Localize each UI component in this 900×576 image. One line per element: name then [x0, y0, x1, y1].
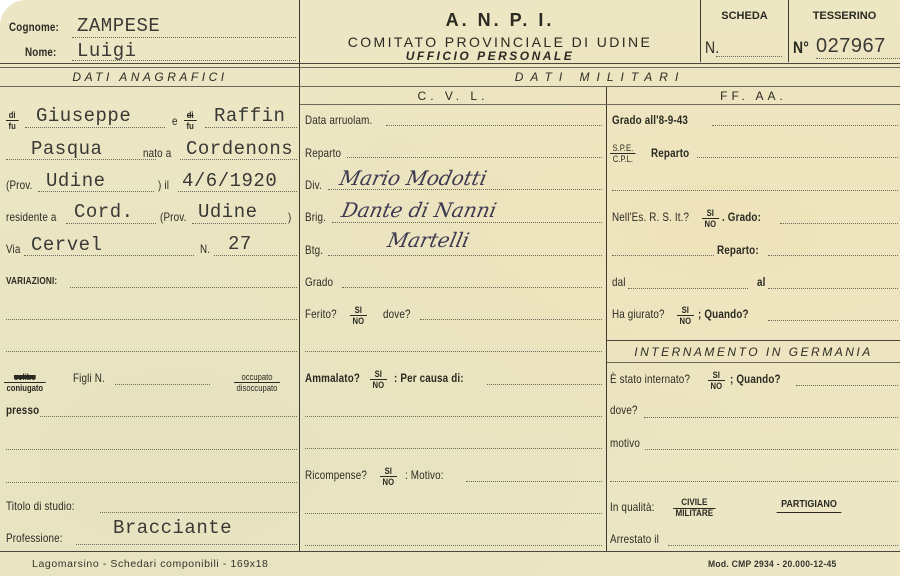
- awards-reason-field[interactable]: [466, 481, 602, 482]
- section-internamento: INTERNAMENTO IN GERMANIA: [607, 345, 900, 359]
- field-line: [178, 191, 297, 192]
- org-office: UFFICIO PERSONALE: [300, 49, 680, 63]
- to-field[interactable]: [768, 288, 898, 289]
- children-field[interactable]: [115, 384, 210, 385]
- ffaa-unit-field[interactable]: [612, 190, 898, 191]
- rule: [0, 551, 900, 552]
- field-line: [180, 159, 297, 160]
- wounded-where-field[interactable]: [305, 351, 602, 352]
- section-dati-anagrafici: DATI ANAGRAFICI: [0, 70, 300, 84]
- field-line: [328, 255, 602, 256]
- field-line: [24, 255, 194, 256]
- oath-when-field[interactable]: [768, 320, 898, 321]
- father-value: Giuseppe: [36, 105, 131, 127]
- section-cvl: C. V. L.: [300, 89, 606, 103]
- born-label: nato a: [143, 146, 171, 160]
- name-value: Luigi: [77, 40, 137, 62]
- children-label: Figli N.: [73, 371, 105, 385]
- wounded-where-label: dove?: [383, 307, 411, 321]
- variations-field[interactable]: [70, 287, 297, 288]
- employer-field[interactable]: [40, 416, 297, 417]
- rule: [607, 362, 900, 363]
- rsi-unit-field[interactable]: [768, 255, 898, 256]
- cvl-rank-field[interactable]: [342, 287, 602, 288]
- ffaa-rank-field[interactable]: [712, 125, 898, 126]
- field-line: [25, 127, 165, 128]
- oath-si-no[interactable]: SINO: [677, 305, 694, 326]
- field-line: [72, 37, 296, 38]
- rsi-unit-field[interactable]: [612, 255, 714, 256]
- date-label: ) il: [158, 178, 169, 192]
- arrested-field[interactable]: [668, 545, 898, 546]
- surname-value: ZAMPESE: [77, 15, 160, 37]
- tesserino-label: TESSERINO: [789, 10, 900, 22]
- field-line: [72, 60, 296, 61]
- employment-status: occupatodisoccupato: [234, 372, 280, 393]
- education-label: Titolo di studio:: [6, 499, 75, 513]
- cvl-unit-field[interactable]: [347, 157, 602, 158]
- tesserino-n-label: N°: [793, 38, 809, 58]
- mother-conj: e: [172, 114, 178, 128]
- enlist-field[interactable]: [386, 125, 602, 126]
- father-di-fu: difu: [6, 110, 18, 131]
- to-label: al: [757, 275, 766, 289]
- awards-si-no[interactable]: SINO: [380, 466, 397, 487]
- rule: [607, 340, 900, 341]
- arrested-label: Arrestato il: [610, 532, 659, 546]
- rsi-si-no[interactable]: SINO: [702, 208, 719, 229]
- division-label: Div.: [305, 178, 322, 192]
- born-value: Cordenons: [186, 138, 293, 160]
- scheda-label: SCHEDA: [701, 10, 788, 22]
- residence-value: Cord.: [74, 201, 134, 223]
- number-label: N.: [200, 242, 210, 256]
- spe-cpl[interactable]: S.P.E.C.P.L.: [610, 143, 636, 164]
- education-field[interactable]: [100, 512, 297, 513]
- rule: [300, 104, 900, 105]
- ffaa-rank-label: Grado all'8-9-43: [612, 113, 688, 127]
- cvl-unit-label: Reparto: [305, 146, 341, 160]
- scheda-field[interactable]: [716, 56, 782, 57]
- profession-label: Professione:: [6, 531, 63, 545]
- oath-when-label: ; Quando?: [698, 307, 749, 321]
- field-line: [6, 159, 156, 160]
- interned-when-label: ; Quando?: [730, 372, 781, 386]
- wounded-si-no[interactable]: SINO: [350, 305, 367, 326]
- field-line: [205, 127, 297, 128]
- res-prov-close: ): [288, 210, 291, 224]
- anpi-record-card: Cognome: ZAMPESE Nome: Luigi A. N. P. I.…: [0, 0, 900, 576]
- interned-label: È stato internato?: [610, 372, 690, 386]
- battalion-value: Martelli: [385, 228, 471, 252]
- field-line: [328, 189, 602, 190]
- wounded-where-field[interactable]: [420, 319, 602, 320]
- field-line: [332, 222, 602, 223]
- sick-cause-field[interactable]: [305, 448, 602, 449]
- sick-cause-field[interactable]: [305, 416, 602, 417]
- ffaa-unit-field[interactable]: [697, 157, 898, 158]
- res-prov-label: (Prov.: [160, 210, 187, 224]
- field-line: [816, 58, 900, 59]
- rsi-rank-label: . Grado:: [722, 210, 761, 224]
- sick-cause-field[interactable]: [487, 384, 602, 385]
- rsi-rank-field[interactable]: [780, 223, 898, 224]
- rsi-unit-label: Reparto:: [717, 243, 759, 257]
- battalion-label: Btg.: [305, 243, 323, 257]
- rule: [0, 63, 900, 64]
- partisan-option[interactable]: PARTIGIANO: [777, 499, 842, 513]
- field-line: [66, 223, 156, 224]
- interned-when-field[interactable]: [796, 385, 898, 386]
- tesserino-value: 027967: [816, 35, 886, 58]
- ffaa-unit-label: Reparto: [651, 146, 689, 160]
- interned-reason-label: motivo: [610, 436, 640, 450]
- divider-cvl-ffaa: [606, 86, 607, 552]
- org-title: A. N. P. I.: [300, 10, 700, 31]
- field-line: [38, 191, 154, 192]
- interned-reason-field[interactable]: [645, 449, 898, 450]
- number-value: 27: [228, 233, 252, 255]
- prov-value: Udine: [46, 170, 106, 192]
- variations-label: VARIAZIONI:: [6, 276, 57, 287]
- division-value: Mario Modotti: [337, 166, 489, 190]
- model-footer: Mod. CMP 2934 - 20.000-12-45: [708, 559, 837, 570]
- surname-label: Cognome:: [9, 20, 59, 34]
- cvl-rank-label: Grado: [305, 275, 333, 289]
- field-line: [192, 223, 286, 224]
- res-prov-value: Udine: [198, 201, 258, 223]
- from-label: dal: [612, 275, 626, 289]
- section-dati-militari: DATI MILITARI: [300, 70, 900, 84]
- street-value: Cervel: [31, 234, 102, 256]
- from-field[interactable]: [628, 288, 748, 289]
- date-value: 4/6/1920: [182, 170, 277, 192]
- interned-where-label: dove?: [610, 403, 638, 417]
- brigade-value: Dante di Nanni: [339, 198, 498, 222]
- employer-field[interactable]: [6, 482, 297, 483]
- printer-footer: Lagomarsino - Schedari componibili - 169…: [32, 558, 269, 570]
- employer-label: presso: [6, 403, 39, 417]
- variations-field[interactable]: [6, 351, 297, 352]
- mother-value: Raffin: [214, 105, 285, 127]
- interned-si-no[interactable]: SINO: [708, 370, 725, 391]
- awards-reason-label: : Motivo:: [405, 468, 444, 482]
- sick-label: Ammalato?: [305, 371, 360, 385]
- org-subtitle: COMITATO PROVINCIALE DI UDINE: [300, 34, 700, 50]
- capacity-label: In qualità:: [610, 500, 654, 514]
- awards-reason-field[interactable]: [305, 545, 602, 546]
- section-ffaa: FF. AA.: [607, 89, 900, 103]
- marital-status: celibeconiugato: [4, 372, 46, 393]
- employer-field[interactable]: [6, 449, 297, 450]
- field-line: [214, 255, 297, 256]
- awards-label: Ricompense?: [305, 468, 367, 482]
- sick-cause-label: : Per causa di:: [394, 371, 464, 385]
- field-line: [76, 544, 297, 545]
- variations-field[interactable]: [6, 319, 297, 320]
- civil-military[interactable]: CIVILEMILITARE: [673, 498, 716, 519]
- sick-si-no[interactable]: SINO: [370, 369, 387, 390]
- name-label: Nome:: [25, 45, 56, 59]
- scheda-n-label: N.: [705, 38, 719, 58]
- wounded-label: Ferito?: [305, 307, 337, 321]
- rule: [0, 86, 900, 87]
- brigade-label: Brig.: [305, 210, 326, 224]
- profession-value: Bracciante: [113, 517, 232, 539]
- prov-label: (Prov.: [6, 178, 33, 192]
- rsi-label: Nell'Es. R. S. It.?: [612, 210, 689, 224]
- street-label: Via: [6, 242, 21, 256]
- residence-label: residente a: [6, 210, 56, 224]
- awards-reason-field[interactable]: [305, 513, 602, 514]
- mother-value-2: Pasqua: [31, 138, 102, 160]
- rule: [0, 67, 900, 68]
- enlist-label: Data arruolam.: [305, 113, 372, 127]
- interned-reason-field[interactable]: [610, 481, 898, 482]
- interned-where-field[interactable]: [644, 417, 898, 418]
- oath-label: Ha giurato?: [612, 307, 665, 321]
- mother-di-fu: difu: [184, 110, 196, 131]
